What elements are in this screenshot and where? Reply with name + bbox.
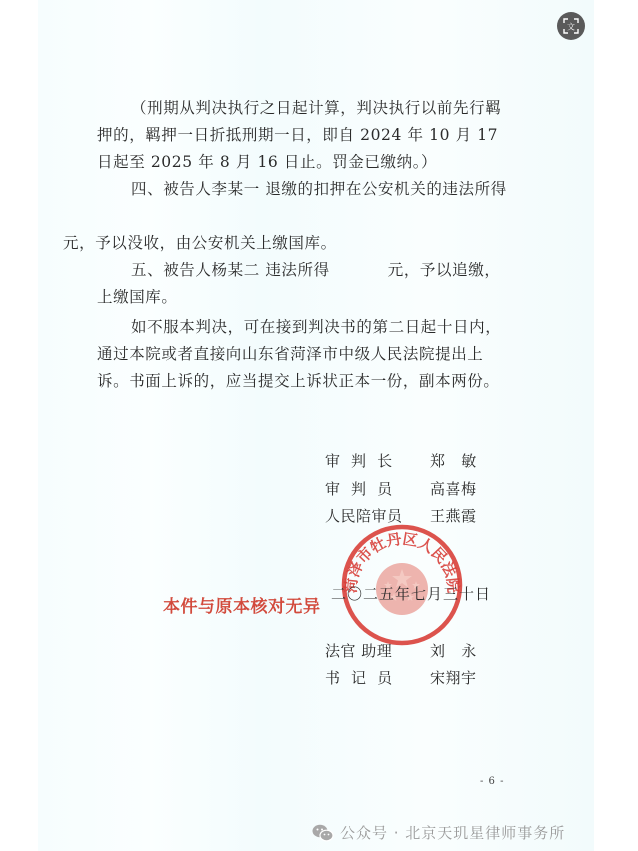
item-4-paragraph: 四、被告人李某一 退缴的扣押在公安机关的违法所得元，予以没收，由公安机关上缴国库… [97, 176, 513, 257]
svg-text:文: 文 [567, 22, 575, 32]
scan-text-button[interactable]: 文 [557, 12, 585, 40]
judgment-date: 二〇二五年七月三十日 [331, 583, 491, 604]
appeal-paragraph: 如不服本判决，可在接到判决书的第二日起十日内，通过本院或者直接向山东省菏泽市中级… [97, 314, 513, 395]
signature-presiding-judge: 审 判 长 郑 敏 [325, 450, 485, 471]
scan-text-icon: 文 [563, 18, 579, 34]
signature-judge-assistant: 法官 助理 刘 永 [325, 640, 485, 661]
certification-stamp: 本件与原本核对无异 [163, 592, 321, 617]
watermark-text: 公众号 · 北京天玑星律师事务所 [340, 822, 565, 843]
wechat-icon [312, 824, 334, 842]
page-number: - 6 - [480, 776, 504, 787]
signature-judge: 审 判 员 高喜梅 [325, 478, 485, 499]
judgment-body: （刑期从判决执行之日起计算，判决执行以前先行羁押的，羁押一日折抵刑期一日，即自 … [97, 95, 513, 395]
signature-clerk: 书 记 员 宋翔宇 [325, 667, 485, 688]
item-5-paragraph: 五、被告人杨某二 违法所得元，予以追缴，上缴国库。 [97, 257, 513, 311]
sentence-note-paragraph: （刑期从判决执行之日起计算，判决执行以前先行羁押的，羁押一日折抵刑期一日，即自 … [97, 95, 513, 176]
wechat-watermark: 公众号 · 北京天玑星律师事务所 [312, 822, 565, 843]
